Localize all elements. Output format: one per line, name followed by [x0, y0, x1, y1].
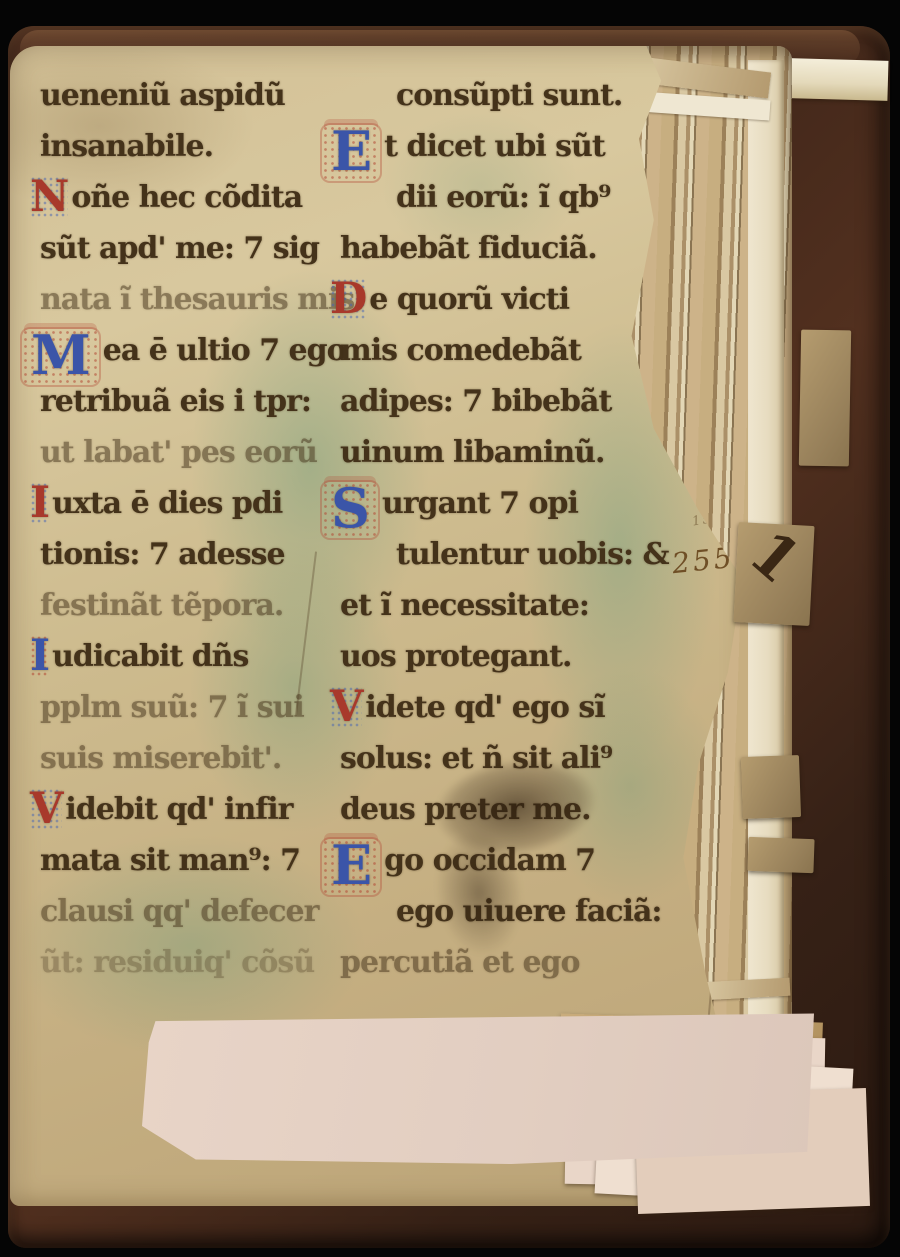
- manuscript-text: habebãt fiduciã.: [340, 231, 597, 266]
- versal-initial: D: [330, 278, 366, 321]
- manuscript-text: nata ĩ thesauris mis.: [40, 282, 364, 317]
- manuscript-text: et ĩ necessitate:: [340, 588, 589, 623]
- manuscript-line: insanabile.: [40, 121, 340, 172]
- manuscript-line: ueneniũ aspidũ: [40, 70, 340, 121]
- manuscript-text: ego uiuere faciã:: [396, 894, 661, 929]
- fore-edge-tab: [799, 330, 851, 467]
- versal-initial: I: [30, 635, 49, 678]
- manuscript-text: sũt apd' me: 7 sig: [40, 231, 319, 266]
- manuscript-text: retribuã eis i tpr:: [40, 384, 311, 419]
- manuscript-line: Videbit qd' infir: [40, 784, 340, 835]
- manuscript-text: pplm suũ: 7 ĩ sui: [40, 690, 304, 725]
- manuscript-text: ea ē ultio 7 ego: [103, 333, 346, 368]
- versal-initial: E: [322, 125, 380, 181]
- manuscript-line: Iudicabit dñs: [40, 631, 340, 682]
- manuscript-line: suis miserebit'.: [40, 733, 340, 784]
- manuscript-text: clausi qq' defecer: [40, 894, 318, 929]
- manuscript-line: mata sit man⁹: 7: [40, 835, 340, 886]
- manuscript-line: sũt apd' me: 7 sig: [40, 223, 340, 274]
- manuscript-text: insanabile.: [40, 129, 213, 164]
- manuscript-line: De quorũ victi: [340, 274, 660, 325]
- manuscript-line: pplm suũ: 7 ĩ sui: [40, 682, 340, 733]
- versal-initial: S: [322, 482, 378, 538]
- fore-edge-tab: [747, 837, 814, 873]
- manuscript-line: percutiã et ego: [340, 937, 660, 988]
- manuscript-text: deus preter me.: [340, 792, 591, 827]
- paper-interleaf: [142, 1012, 814, 1164]
- manuscript-line: uinum libaminũ.: [340, 427, 660, 478]
- manuscript-text: mata sit man⁹: 7: [40, 843, 300, 878]
- text-column-right: consũpti sunt.Et dicet ubi sũtdii eorũ: …: [340, 70, 660, 988]
- manuscript-line: Mea ē ultio 7 ego: [40, 325, 340, 376]
- versal-initial: I: [30, 482, 49, 525]
- manuscript-text: e quorũ victi: [369, 282, 569, 317]
- manuscript-text: tionis: 7 adesse: [40, 537, 285, 572]
- manuscript-text: ueneniũ aspidũ: [40, 78, 285, 113]
- manuscript-text: idete qd' ego sĩ: [365, 690, 604, 725]
- manuscript-text: solus: et ñ sit ali⁹: [340, 741, 612, 776]
- manuscript-text: dii eorũ: ĩ qb⁹: [396, 180, 610, 215]
- manuscript-text: uxta ē dies pdi: [52, 486, 282, 521]
- fore-edge-tab: [741, 755, 801, 819]
- manuscript-text: ut labat' pes eorũ: [40, 435, 317, 470]
- manuscript-line: Surgant 7 opi: [340, 478, 660, 529]
- manuscript-text: idebit qd' infir: [65, 792, 292, 827]
- manuscript-text: go occidam 7: [384, 843, 595, 878]
- manuscript-text: uos protegant.: [340, 639, 571, 674]
- manuscript-line: clausi qq' defecer: [40, 886, 340, 937]
- fore-edge-tab-marked: 1: [733, 522, 814, 626]
- manuscript-text: udicabit dñs: [52, 639, 248, 674]
- manuscript-line: dii eorũ: ĩ qb⁹: [340, 172, 660, 223]
- manuscript-line: adipes: 7 bibebãt: [340, 376, 660, 427]
- manuscript-photo: ueneniũ aspidũinsanabile.Noñe hec cõdita…: [0, 0, 900, 1257]
- manuscript-text: mis comedebãt: [340, 333, 581, 368]
- manuscript-line: mis comedebãt: [340, 325, 660, 376]
- manuscript-line: ego uiuere faciã:: [340, 886, 660, 937]
- versal-initial: N: [30, 176, 68, 219]
- text-column-left: ueneniũ aspidũinsanabile.Noñe hec cõdita…: [40, 70, 340, 988]
- manuscript-text: percutiã et ego: [340, 945, 580, 980]
- tab-mark: 1: [740, 521, 810, 593]
- manuscript-text: tulentur uobis: &: [396, 537, 669, 572]
- manuscript-text: adipes: 7 bibebãt: [340, 384, 611, 419]
- manuscript-text: festinãt tẽpora.: [40, 588, 283, 623]
- manuscript-line: retribuã eis i tpr:: [40, 376, 340, 427]
- manuscript-text: uinum libaminũ.: [340, 435, 604, 470]
- manuscript-line: ũt: residuiq' cõsũ: [40, 937, 340, 988]
- manuscript-text: ũt: residuiq' cõsũ: [40, 945, 314, 980]
- manuscript-line: Noñe hec cõdita: [40, 172, 340, 223]
- manuscript-line: Ego occidam 7: [340, 835, 660, 886]
- manuscript-line: Videte qd' ego sĩ: [340, 682, 660, 733]
- manuscript-line: uos protegant.: [340, 631, 660, 682]
- manuscript-line: et ĩ necessitate:: [340, 580, 660, 631]
- manuscript-text: t dicet ubi sũt: [384, 129, 605, 164]
- manuscript-line: tionis: 7 adesse: [40, 529, 340, 580]
- manuscript-text: urgant 7 opi: [382, 486, 578, 521]
- manuscript-line: tulentur uobis: &: [340, 529, 660, 580]
- manuscript-text: suis miserebit'.: [40, 741, 281, 776]
- manuscript-text: oñe hec cõdita: [71, 180, 302, 215]
- versal-initial: V: [30, 788, 62, 831]
- manuscript-line: Et dicet ubi sũt: [340, 121, 660, 172]
- manuscript-line: habebãt fiduciã.: [340, 223, 660, 274]
- manuscript-line: Iuxta ē dies pdi: [40, 478, 340, 529]
- manuscript-line: consũpti sunt.: [340, 70, 660, 121]
- manuscript-line: nata ĩ thesauris mis.: [40, 274, 340, 325]
- manuscript-line: deus preter me.: [340, 784, 660, 835]
- versal-initial: E: [322, 839, 380, 895]
- versal-initial: V: [330, 686, 362, 729]
- manuscript-line: festinãt tẽpora.: [40, 580, 340, 631]
- manuscript-line: ut labat' pes eorũ: [40, 427, 340, 478]
- manuscript-line: solus: et ñ sit ali⁹: [340, 733, 660, 784]
- manuscript-text: consũpti sunt.: [396, 78, 622, 113]
